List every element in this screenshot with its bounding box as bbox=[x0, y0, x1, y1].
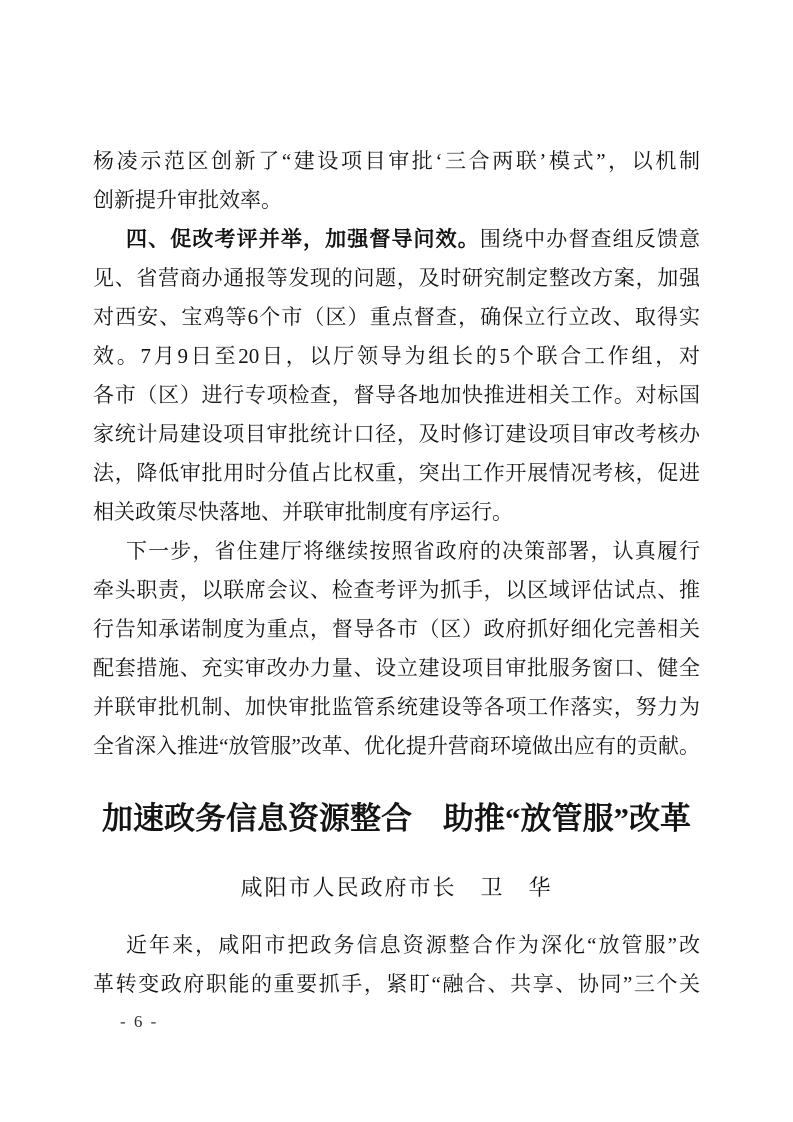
text-line: 近年来，咸阳市把政务信息资源整合作为深化“放管服”改 bbox=[93, 926, 700, 965]
text-line: 效。7月9日至20日，以厅领导为组长的5个联合工作组，对 bbox=[93, 337, 700, 376]
text-line: 并联审批机制、加快审批监管系统建设等各项工作落实，努力为 bbox=[93, 688, 700, 727]
text-line: 家统计局建设项目审批统计口径，及时修订建设项目审改考核办 bbox=[93, 415, 700, 454]
text-line: 全省深入推进“放管服”改革、优化提升营商环境做出应有的贡献。 bbox=[93, 727, 700, 766]
section-heading-bold: 四、促改考评并举，加强督导问效。 bbox=[126, 228, 480, 251]
text-line: 四、促改考评并举，加强督导问效。围绕中办督查组反馈意 bbox=[93, 220, 700, 259]
text-line: 行告知承诺制度为重点，督导各市（区）政府抓好细化完善相关 bbox=[93, 610, 700, 649]
article1-body: 杨凌示范区创新了“建设项目审批‘三合两联’模式”，以机制 创新提升审批效率。 四… bbox=[93, 142, 700, 766]
text-line: 见、省营商办通报等发现的问题，及时研究制定整改方案，加强 bbox=[93, 259, 700, 298]
text-line: 各市（区）进行专项检查，督导各地加快推进相关工作。对标国 bbox=[93, 376, 700, 415]
text-line: 对西安、宝鸡等6个市（区）重点督查，确保立行立改、取得实 bbox=[93, 298, 700, 337]
article2-body: 近年来，咸阳市把政务信息资源整合作为深化“放管服”改 革转变政府职能的重要抓手，… bbox=[93, 926, 700, 1004]
text-line: 革转变政府职能的重要抓手，紧盯“融合、共享、协同”三个关 bbox=[93, 965, 700, 1004]
text-line: 杨凌示范区创新了“建设项目审批‘三合两联’模式”，以机制 bbox=[93, 142, 700, 181]
text-line: 牵头职责，以联席会议、检查考评为抓手，以区域评估试点、推 bbox=[93, 571, 700, 610]
document-page: 杨凌示范区创新了“建设项目审批‘三合两联’模式”，以机制 创新提升审批效率。 四… bbox=[0, 0, 793, 1122]
article-title: 加速政务信息资源整合 助推“放管服”改革 bbox=[93, 793, 700, 845]
text-line: 创新提升审批效率。 bbox=[93, 181, 700, 220]
section-text: 围绕中办督查组反馈意 bbox=[480, 227, 700, 251]
text-line: 下一步，省住建厅将继续按照省政府的决策部署，认真履行 bbox=[93, 532, 700, 571]
page-number: - 6 - bbox=[120, 1011, 158, 1033]
text-line: 法，降低审批用时分值占比权重，突出工作开展情况考核，促进 bbox=[93, 454, 700, 493]
text-line: 相关政策尽快落地、并联审批制度有序运行。 bbox=[93, 493, 700, 532]
article-byline: 咸阳市人民政府市长 卫 华 bbox=[93, 868, 700, 907]
text-line: 配套措施、充实审改办力量、设立建设项目审批服务窗口、健全 bbox=[93, 649, 700, 688]
